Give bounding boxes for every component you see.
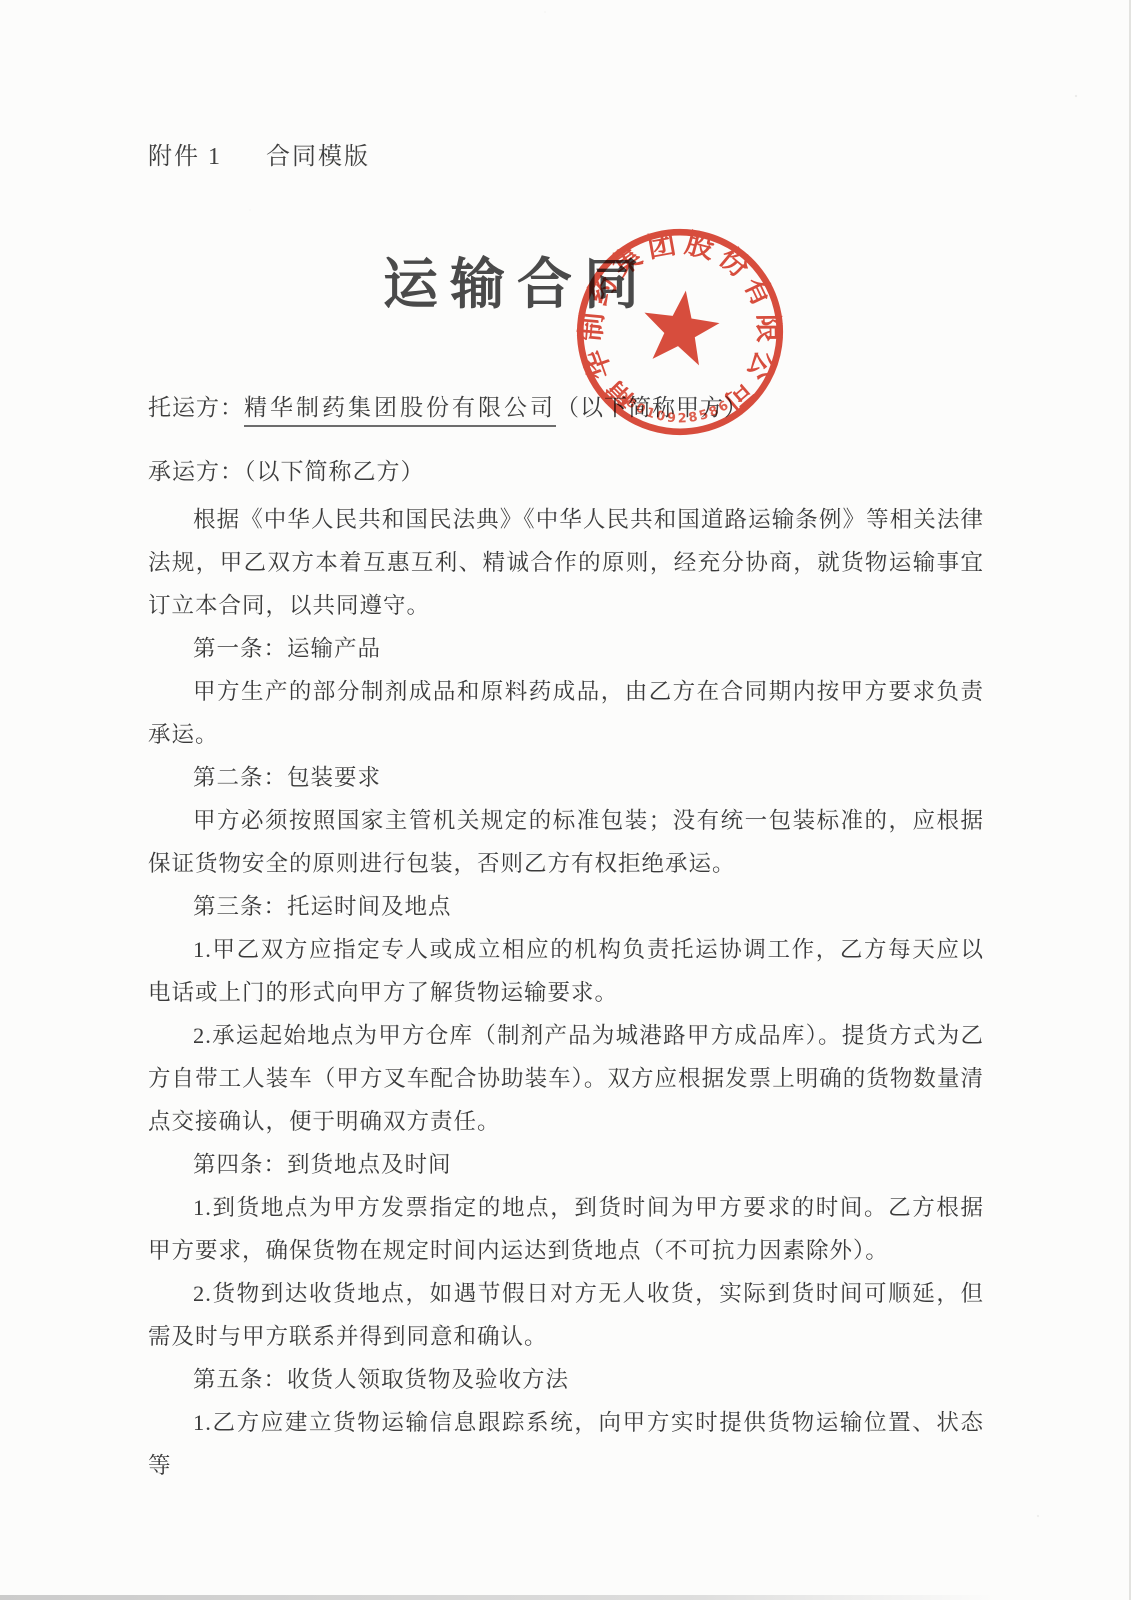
attachment-title: 合同模版 bbox=[266, 144, 370, 170]
attachment-label: 附件 1 bbox=[148, 144, 222, 170]
document-content: 附件 1合同模版 运输合同 托运方：精华制药集团股份有限公司（以下简称甲方） 承… bbox=[0, 0, 1131, 1487]
article-heading: 第三条：托运时间及地点 bbox=[148, 885, 984, 928]
contract-body: 根据《中华人民共和国民法典》《中华人民共和国道路运输条例》等相关法律法规，甲乙双… bbox=[148, 498, 984, 1487]
shipper-label: 托运方： bbox=[148, 395, 244, 420]
shipper-line: 托运方：精华制药集团股份有限公司（以下简称甲方） bbox=[148, 391, 984, 425]
shipper-name: 精华制药集团股份有限公司 bbox=[244, 395, 556, 427]
article-heading: 第二条：包装要求 bbox=[148, 756, 984, 799]
contract-paragraph: 2.货物到达收货地点，如遇节假日对方无人收货，实际到货时间可顺延，但需及时与甲方… bbox=[148, 1272, 984, 1358]
article-heading: 第一条：运输产品 bbox=[148, 627, 984, 670]
contract-paragraph: 1.乙方应建立货物运输信息跟踪系统，向甲方实时提供货物运输位置、状态等 bbox=[148, 1401, 984, 1487]
contract-paragraph: 甲方生产的部分制剂成品和原料药成品，由乙方在合同期内按甲方要求负责承运。 bbox=[148, 670, 984, 756]
contract-paragraph: 根据《中华人民共和国民法典》《中华人民共和国道路运输条例》等相关法律法规，甲乙双… bbox=[148, 498, 984, 627]
document-page: 附件 1合同模版 运输合同 托运方：精华制药集团股份有限公司（以下简称甲方） 承… bbox=[0, 0, 1131, 1600]
article-heading: 第五条：收货人领取货物及验收方法 bbox=[148, 1358, 984, 1401]
contract-paragraph: 甲方必须按照国家主管机关规定的标准包装；没有统一包装标准的，应根据保证货物安全的… bbox=[148, 799, 984, 885]
contract-title: 运输合同 bbox=[383, 249, 651, 321]
carrier-line: 承运方：（以下简称乙方） bbox=[148, 455, 984, 489]
article-heading: 第四条：到货地点及时间 bbox=[148, 1143, 984, 1186]
contract-paragraph: 1.甲乙双方应指定专人或成立相应的机构负责托运协调工作，乙方每天应以电话或上门的… bbox=[148, 928, 984, 1014]
contract-paragraph: 1.到货地点为甲方发票指定的地点，到货时间为甲方要求的时间。乙方根据甲方要求，确… bbox=[148, 1186, 984, 1272]
shipper-suffix: （以下简称甲方） bbox=[556, 395, 748, 420]
attachment-line: 附件 1合同模版 bbox=[148, 0, 984, 173]
contract-paragraph: 2.承运起始地点为甲方仓库（制剂产品为城港路甲方成品库）。提货方式为乙方自带工人… bbox=[148, 1014, 984, 1143]
